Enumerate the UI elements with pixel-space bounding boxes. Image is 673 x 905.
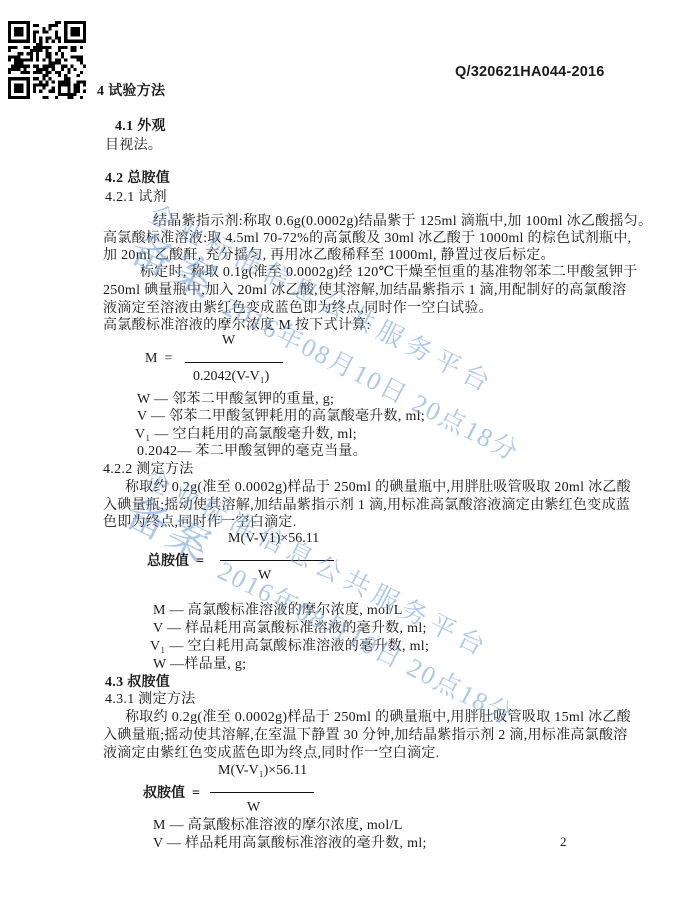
section-heading: 4.1 外观 [115, 119, 166, 135]
section-heading: 4.2 总胺值 [105, 171, 170, 187]
doc-line: 250ml 碘量瓶中,加入 20ml 冰乙酸,使其溶解,加结晶紫指示 1 滴,用… [103, 283, 626, 299]
page-number: 2 [560, 834, 567, 850]
fraction-bar [185, 362, 283, 363]
doc-line: 称取约 0.2g(准至 0.0002g)样品于 250ml 的碘量瓶中,用胖肚吸… [125, 480, 631, 496]
fraction-bar [220, 560, 334, 561]
doc-line: 入碘量瓶;摇动使其溶解,加结晶紫指示剂 1 滴,用标准高氯酸溶液滴定由紫红色变成… [103, 498, 630, 514]
doc-line: 液滴定由紫红色变成蓝色即为终点,同时作一空白滴定. [103, 746, 440, 762]
formula-label: 总胺值 = [147, 550, 204, 570]
section-heading: 4.2.1 试剂 [105, 190, 167, 206]
doc-line: W — 邻苯二甲酸氢钾的重量, g; [137, 392, 334, 408]
doc-line: 入碘量瓶;摇动使其溶解,在室温下静置 30 分钟,加结晶紫指示剂 2 滴,用标准… [103, 728, 628, 744]
formula-denominator: W [247, 800, 260, 816]
doc-line: V — 样品耗用高氯酸标准溶液的毫升数, ml; [153, 836, 427, 852]
section-heading: 4 试验方法 [97, 84, 165, 100]
section-heading: 4.3 叔胺值 [105, 675, 170, 691]
doc-line: V — 样品耗用高氯酸标准溶液的毫升数, ml; [153, 621, 427, 637]
doc-line: 高氯酸标准溶液:取 4.5ml 70-72%的高氯酸及 30ml 冰乙酸于 10… [103, 231, 631, 247]
section-heading: 4.3.1 测定方法 [105, 692, 196, 708]
doc-line: 称取约 0.2g(准至 0.0002g)样品于 250ml 的碘量瓶中,用胖肚吸… [125, 710, 631, 726]
formula-label: M = [145, 351, 172, 367]
doc-line: 结晶紫指示剂:称取 0.6g(0.0002g)结晶紫于 125ml 滴瓶中,加 … [153, 214, 652, 230]
formula-numerator: M(V-V1)×56.11 [228, 531, 319, 547]
doc-line: 目视法。 [105, 138, 162, 154]
doc-line: V₁ — 空白耗用的高氯酸毫升数, ml; [135, 427, 357, 443]
doc-line: 0.2042— 苯二甲酸氢钾的毫克当量。 [137, 444, 367, 460]
formula-denominator: 0.2042(V-V₁) [193, 369, 269, 385]
doc-line: V — 邻苯二甲酸氢钾耗用的高氯酸毫升数, ml; [137, 409, 425, 425]
document-page: Q/320621HA044-2016 4 试验方法 4.1 外观 目视法。 4.… [0, 0, 673, 905]
doc-line: 加 20ml 乙酸酐, 充分摇匀, 再用冰乙酸稀释至 1000ml, 静置过夜后… [103, 248, 555, 264]
doc-line: 标定时, 称取 0.1g(准至 0.0002g)经 120℃干燥至恒重的基准物邻… [140, 265, 638, 281]
doc-line: M — 高氯酸标准溶液的摩尔浓度, mol/L [153, 603, 403, 619]
doc-line: 色即为终点,同时作一空白滴定. [103, 515, 297, 531]
formula-numerator: W [222, 333, 235, 349]
qr-code-icon [8, 21, 86, 99]
doc-line: V₁ — 空白耗用高氯酸标准溶液的毫升数, ml; [150, 639, 429, 655]
doc-line: 液滴定至溶液由紫红色变成蓝色即为终点,同时作一空白试验。 [103, 301, 493, 317]
formula-numerator: M(V-V₁)×56.11 [218, 763, 307, 779]
doc-line: M — 高氯酸标准溶液的摩尔浓度, mol/L [153, 818, 403, 834]
fraction-bar [210, 792, 314, 793]
doc-line: 高氯酸标准溶液的摩尔浓度 M 按下式计算: [103, 318, 371, 334]
doc-number: Q/320621HA044-2016 [455, 64, 605, 80]
formula-denominator: W [258, 568, 271, 584]
section-heading: 4.2.2 测定方法 [103, 462, 194, 478]
formula-label: 叔胺值 = [143, 782, 200, 802]
doc-line: W —样品量, g; [153, 657, 246, 673]
